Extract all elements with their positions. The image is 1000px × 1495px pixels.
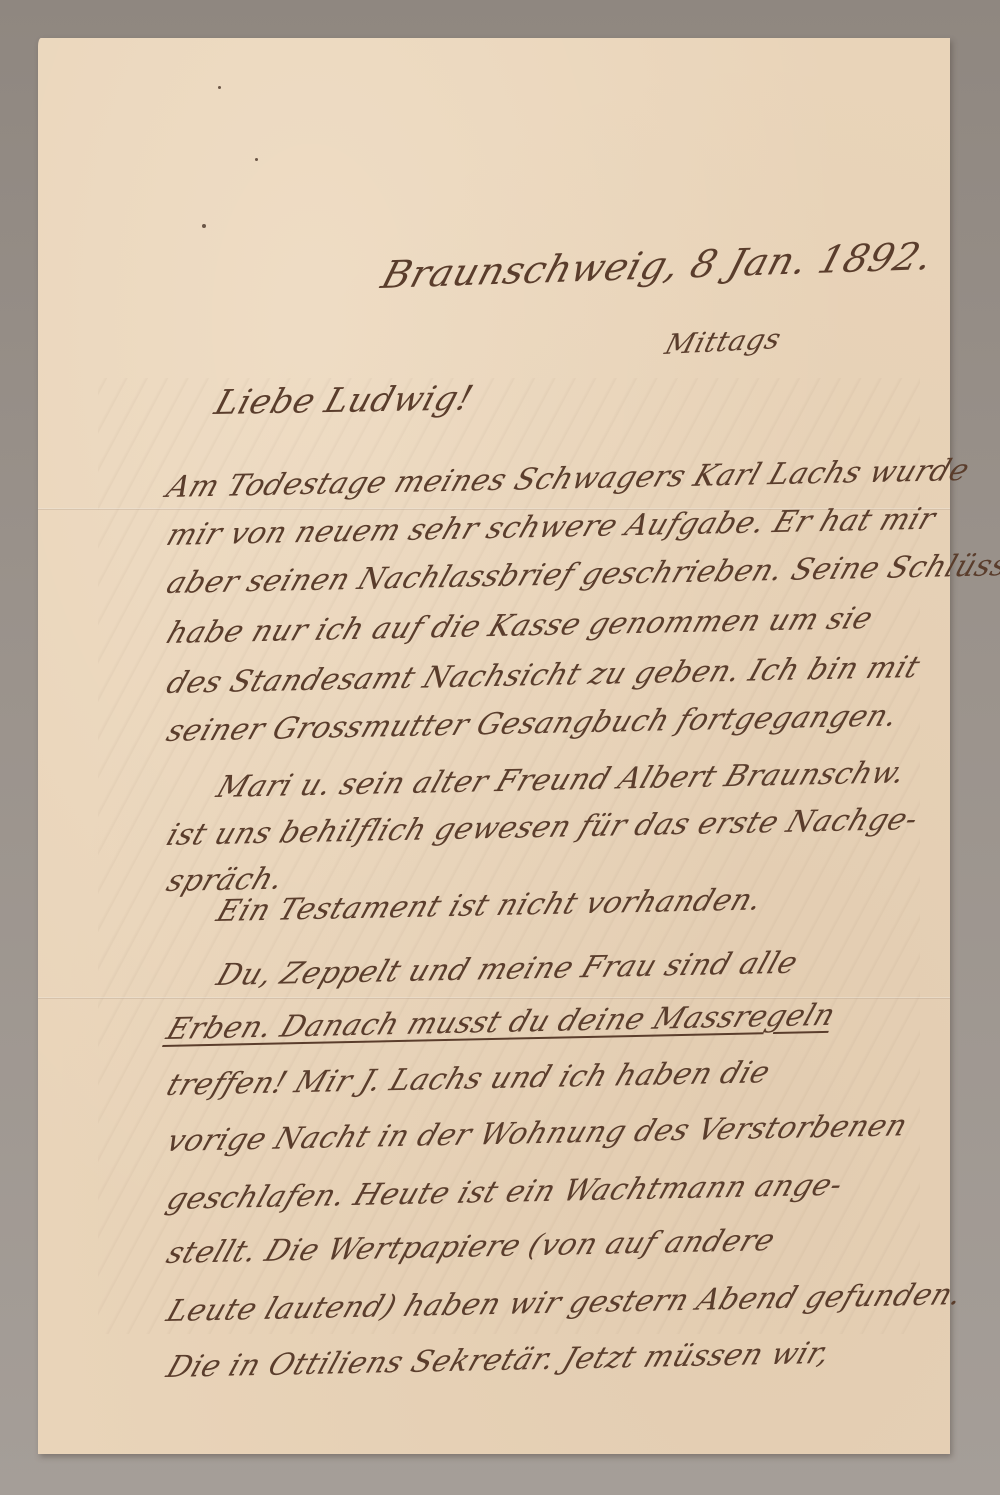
letter-line-underlined: Erben. Danach musst du deine Massregeln <box>162 998 840 1047</box>
letter-line: Mari u. sein alter Freund Albert Braunsc… <box>212 755 911 805</box>
letter-line: vorige Nacht in der Wohnung des Verstorb… <box>162 1108 912 1159</box>
letter-sheet: Braunschweig, 8 Jan. 1892. Mittags Liebe… <box>38 38 950 1454</box>
letter-time-of-day: Mittags <box>662 322 785 361</box>
letter-line: aber seinen Nachlassbrief geschrieben. S… <box>162 548 1000 601</box>
letter-line: Leute lautend) haben wir gestern Abend g… <box>162 1277 967 1329</box>
letter-line: ist uns behilflich gewesen für das erste… <box>162 802 923 853</box>
letter-line: des Standesamt Nachsicht zu geben. Ich b… <box>162 650 925 701</box>
letter-line: habe nur ich auf die Kasse genommen um s… <box>162 601 878 651</box>
letter-line: Ein Testament ist nicht vorhanden. <box>212 882 767 929</box>
letter-line: stellt. Die Wertpapiere (von auf andere <box>162 1223 780 1271</box>
letter-place-date: Braunschweig, 8 Jan. 1892. <box>377 234 939 297</box>
letter-line: Die in Ottiliens Sekretär. Jetzt müssen … <box>162 1336 835 1385</box>
letter-line: Am Todestage meines Schwagers Karl Lachs… <box>162 453 974 505</box>
paper-speck <box>255 158 258 161</box>
letter-line: Du, Zeppelt und meine Frau sind alle <box>212 946 803 993</box>
letter-line: geschlafen. Heute ist ein Wachtmann ange… <box>162 1168 848 1217</box>
letter-line: treffen! Mir J. Lachs und ich haben die <box>162 1055 775 1103</box>
letter-salutation: Liebe Ludwig! <box>210 379 478 423</box>
paper-speck <box>202 224 206 228</box>
letter-line: seiner Grossmutter Gesangbuch fortgegang… <box>162 699 903 749</box>
paper-speck <box>218 86 221 89</box>
